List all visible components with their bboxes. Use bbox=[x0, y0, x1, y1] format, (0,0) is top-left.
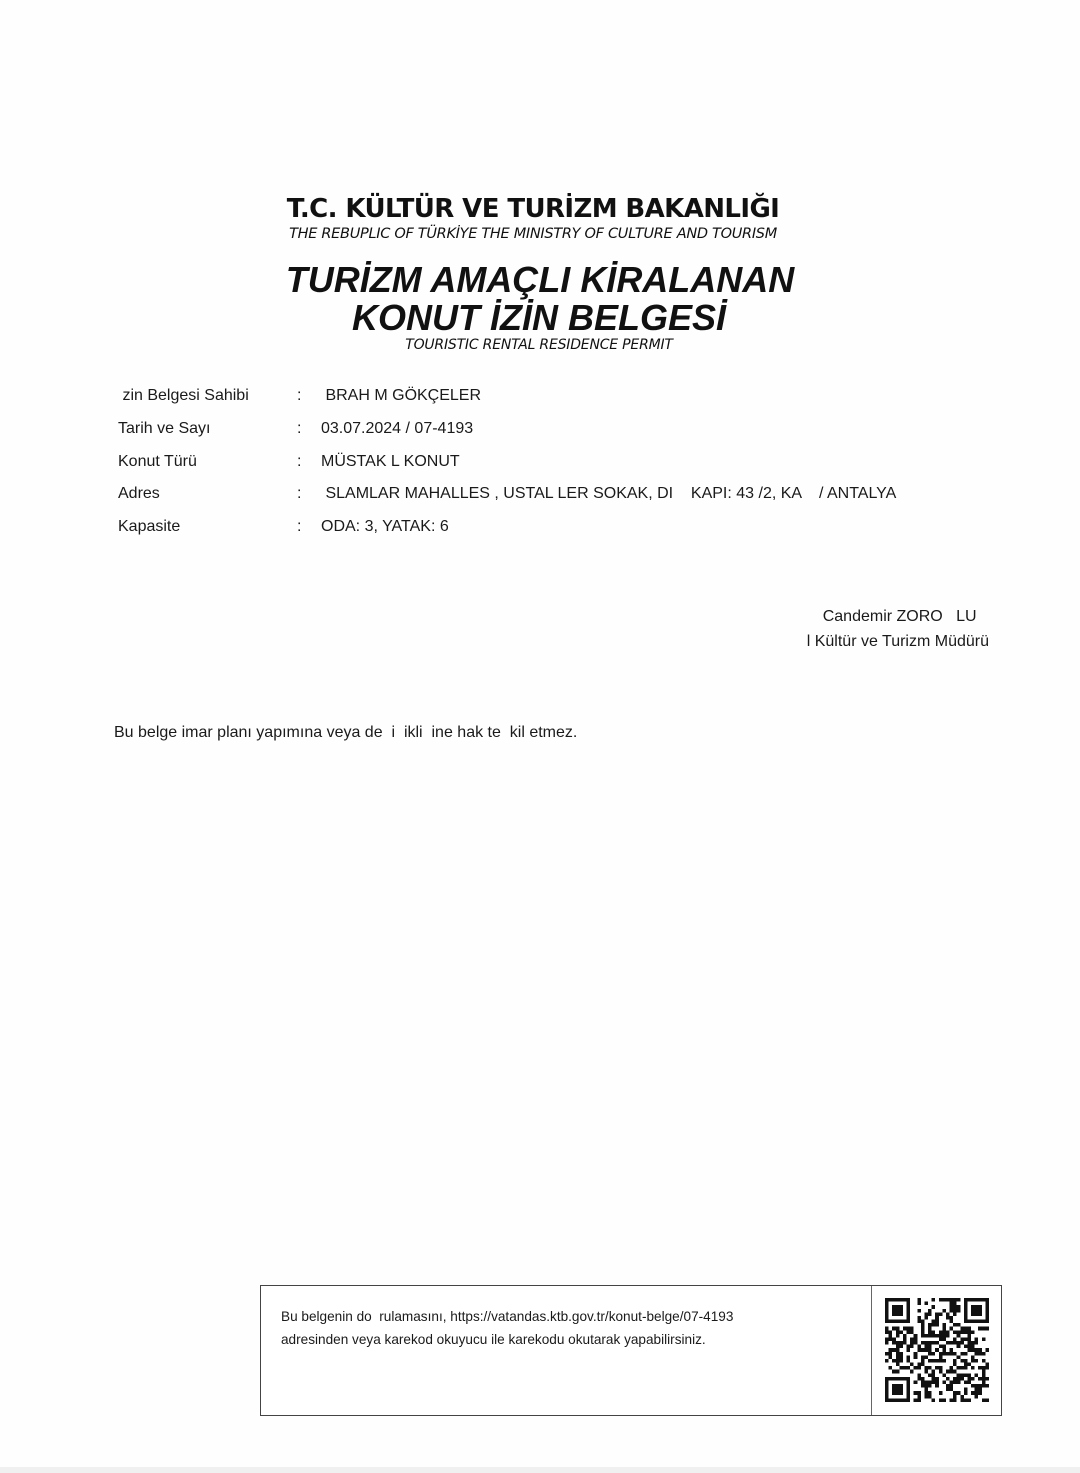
document-title-line2: KONUT İZİN BELGESİ bbox=[0, 298, 1079, 338]
field-colon: : bbox=[297, 482, 301, 506]
field-colon: : bbox=[297, 450, 301, 474]
ministry-title: T.C. KÜLTÜR VE TURİZM BAKANLIĞI bbox=[0, 193, 1066, 225]
field-colon: : bbox=[297, 417, 301, 441]
field-label: Adres bbox=[118, 482, 160, 506]
verification-line2: adresinden veya karekod okuyucu ile kare… bbox=[281, 1328, 861, 1351]
field-capacity: Kapasite : ODA: 3, YATAK: 6 bbox=[0, 515, 1080, 539]
field-permit-holder: zin Belgesi Sahibi : BRAH M GÖKÇELER bbox=[0, 384, 1080, 408]
field-residence-type: Konut Türü : MÜSTAK L KONUT bbox=[0, 450, 1080, 474]
field-value: MÜSTAK L KONUT bbox=[321, 450, 460, 474]
verification-text: Bu belgenin do rulamasını, https://vatan… bbox=[281, 1305, 861, 1351]
signature-block: Candemir ZORO LU l Kültür ve Turizm Müdü… bbox=[807, 604, 989, 654]
field-label: Konut Türü bbox=[118, 450, 197, 474]
field-date-number: Tarih ve Sayı : 03.07.2024 / 07-4193 bbox=[0, 417, 1080, 441]
field-colon: : bbox=[297, 515, 301, 539]
field-label: zin Belgesi Sahibi bbox=[118, 384, 249, 408]
signatory-name: Candemir ZORO LU bbox=[807, 604, 989, 629]
verification-box: Bu belgenin do rulamasını, https://vatan… bbox=[260, 1285, 1002, 1416]
field-colon: : bbox=[297, 384, 301, 408]
field-address: Adres : SLAMLAR MAHALLES , USTAL LER SOK… bbox=[0, 482, 1080, 506]
field-value: BRAH M GÖKÇELER bbox=[321, 384, 481, 408]
field-label: Tarih ve Sayı bbox=[118, 417, 210, 441]
verification-divider bbox=[871, 1286, 872, 1415]
legal-note: Bu belge imar planı yapımına veya de i i… bbox=[114, 721, 577, 745]
field-value: 03.07.2024 / 07-4193 bbox=[321, 417, 473, 441]
ministry-subtitle: THE REBUPLIC OF TÜRKİYE THE MINISTRY OF … bbox=[0, 224, 1066, 244]
signatory-title: l Kültür ve Turizm Müdürü bbox=[807, 629, 989, 654]
verification-line1: Bu belgenin do rulamasını, https://vatan… bbox=[281, 1305, 861, 1328]
document-page: T.C. KÜLTÜR VE TURİZM BAKANLIĞI THE REBU… bbox=[0, 0, 1080, 1467]
field-value: SLAMLAR MAHALLES , USTAL LER SOKAK, DI K… bbox=[321, 482, 896, 506]
document-subtitle: TOURISTIC RENTAL RESIDENCE PERMIT bbox=[0, 335, 1078, 355]
field-value: ODA: 3, YATAK: 6 bbox=[321, 515, 449, 539]
field-label: Kapasite bbox=[118, 515, 180, 539]
qr-code-icon[interactable] bbox=[885, 1298, 989, 1402]
page-bottom-edge bbox=[0, 1467, 1080, 1473]
document-title-line1: TURİZM AMAÇLI KİRALANAN bbox=[0, 260, 1080, 300]
